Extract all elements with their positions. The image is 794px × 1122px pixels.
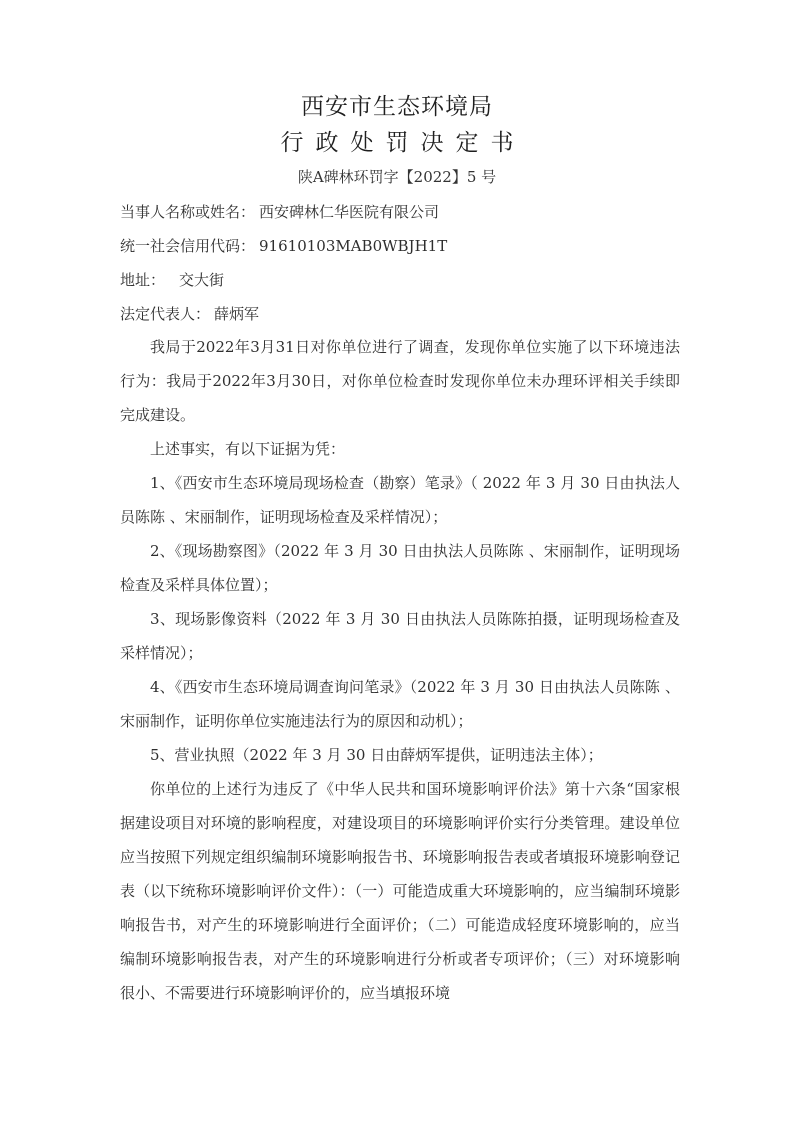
credit-code-value: 91610103MAB0WBJH1T	[259, 237, 447, 255]
address-row: 地址：交大街	[120, 270, 680, 290]
credit-code-label: 统一社会信用代码：	[120, 237, 255, 255]
credit-code-row: 统一社会信用代码：91610103MAB0WBJH1T	[120, 236, 680, 256]
legal-rep-row: 法定代表人：薛炳军	[120, 304, 680, 324]
party-name-value: 西安碑林仁华医院有限公司	[259, 203, 439, 221]
evidence-item-2: 2、《现场勘察图》（2022 年 3 月 30 日由执法人员陈陈 、宋丽制作，证…	[120, 534, 680, 602]
legal-rep-label: 法定代表人：	[120, 305, 210, 323]
party-name-label: 当事人名称或姓名：	[120, 203, 255, 221]
investigation-paragraph: 我局于2022年3月31日对你单位进行了调查，发现你单位实施了以下环境违法行为：…	[120, 330, 680, 432]
evidence-item-3: 3、现场影像资料（2022 年 3 月 30 日由执法人员陈陈拍摄，证明现场检查…	[120, 602, 680, 670]
evidence-item-1: 1、《西安市生态环境局现场检查（勘察）笔录》（ 2022 年 3 月 30 日由…	[120, 466, 680, 534]
evidence-intro: 上述事实，有以下证据为凭：	[120, 432, 680, 466]
document-page: 西安市生态环境局 行政处罚决定书 陕A碑林环罚字【2022】5 号 当事人名称或…	[0, 0, 794, 1122]
document-number: 陕A碑林环罚字【2022】5 号	[0, 166, 794, 187]
document-type-title: 行政处罚决定书	[0, 124, 794, 157]
address-value: 交大街	[179, 271, 224, 289]
legal-rep-value: 薛炳军	[214, 305, 259, 323]
agency-title: 西安市生态环境局	[0, 88, 794, 121]
evidence-item-5: 5、营业执照（2022 年 3 月 30 日由薛炳军提供，证明违法主体）；	[120, 738, 680, 772]
address-label: 地址：	[120, 271, 165, 289]
evidence-item-4: 4、《西安市生态环境局调查询问笔录》（2022 年 3 月 30 日由执法人员陈…	[120, 670, 680, 738]
violation-paragraph: 你单位的上述行为违反了《中华人民共和国环境影响评价法》第十六条“国家根据建设项目…	[120, 772, 680, 1010]
party-name-row: 当事人名称或姓名：西安碑林仁华医院有限公司	[120, 202, 680, 222]
